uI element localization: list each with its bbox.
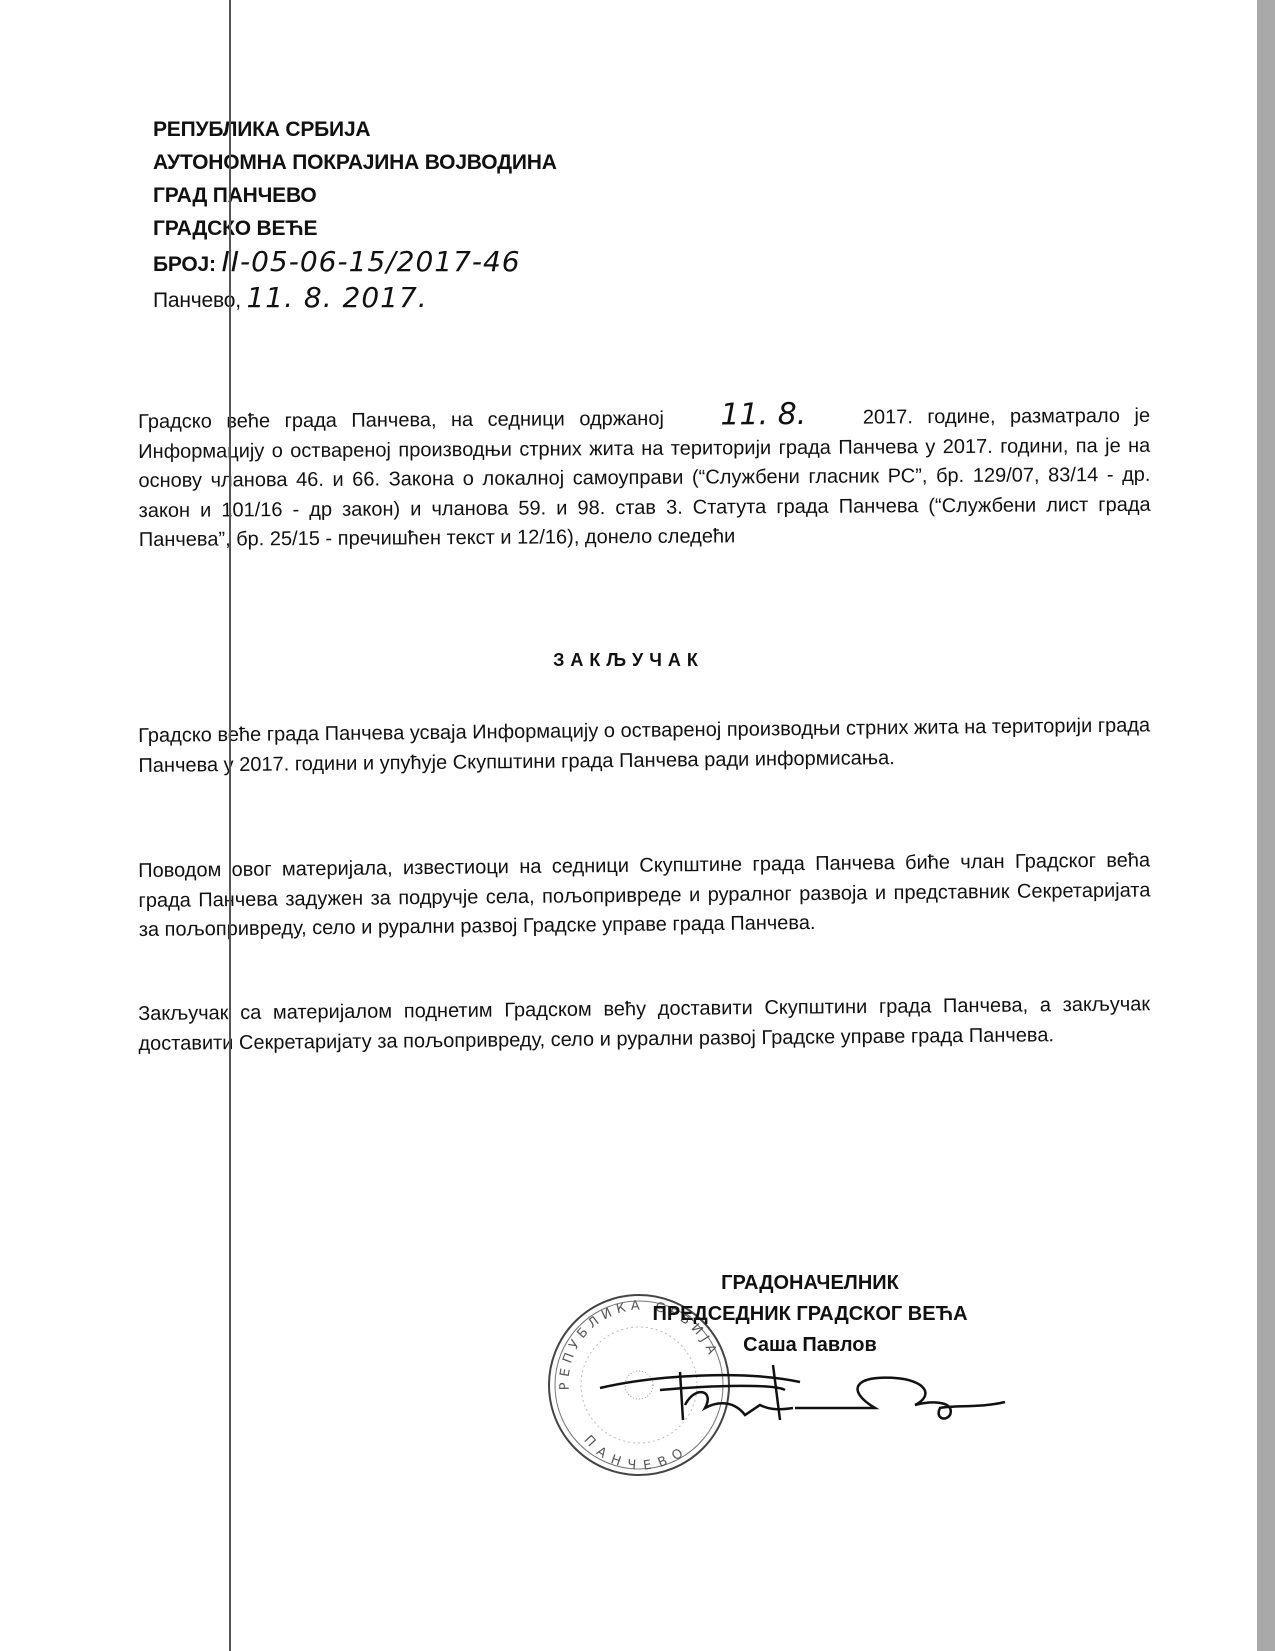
signature-block: ГРАДОНАЧЕЛНИК ПРЕДСЕДНИК ГРАДСКОГ ВЕЋА С… [620,1268,1000,1361]
preamble-part1: Градско веће града Панчева, на седници о… [138,408,664,433]
paragraph-3: Закључак са материјалом поднетим Градско… [138,990,1151,1059]
scan-edge-strip [1257,0,1275,1651]
signatory-title-mayor: ГРАДОНАЧЕЛНИК [620,1268,1000,1299]
paragraph-1: Градско веће града Панчева усваја Информ… [138,711,1151,781]
header-republic: РЕПУБЛИКА СРБИЈА [153,113,557,146]
signatory-title-president: ПРЕДСЕДНИК ГРАДСКОГ ВЕЋА [620,1299,1000,1330]
paragraph-2: Поводом овог материјала, известиоци на с… [138,846,1151,945]
preamble-handwritten-date: 11. 8. [678,405,848,426]
number-value: II-05-06-15/2017-46 [221,245,520,278]
place-label: Панчево, [153,289,241,312]
signatory-name: Саша Павлов [620,1330,1000,1361]
header-number-row: БРОЈ: II-05-06-15/2017-46 [153,245,557,281]
document-header: РЕПУБЛИКА СРБИЈА АУТОНОМНА ПОКРАЈИНА ВОЈ… [153,113,557,317]
document-page: РЕПУБЛИКА СРБИЈА АУТОНОМНА ПОКРАЈИНА ВОЈ… [0,0,1257,1651]
header-date-row: Панчево, 11. 8. 2017. [153,281,557,317]
preamble-paragraph: Градско веће града Панчева, на седници о… [138,402,1151,556]
header-council: ГРАДСКО ВЕЋЕ [153,212,557,245]
header-city: ГРАД ПАНЧЕВО [153,179,557,212]
handwritten-signature-icon [595,1360,1015,1430]
header-province: АУТОНОМНА ПОКРАЈИНА ВОЈВОДИНА [153,146,557,179]
scan-fold-line [229,0,231,1651]
date-value: 11. 8. 2017. [246,281,427,314]
document-title: ЗАКЉУЧАК [0,650,1257,671]
number-label: БРОЈ: [153,253,216,276]
